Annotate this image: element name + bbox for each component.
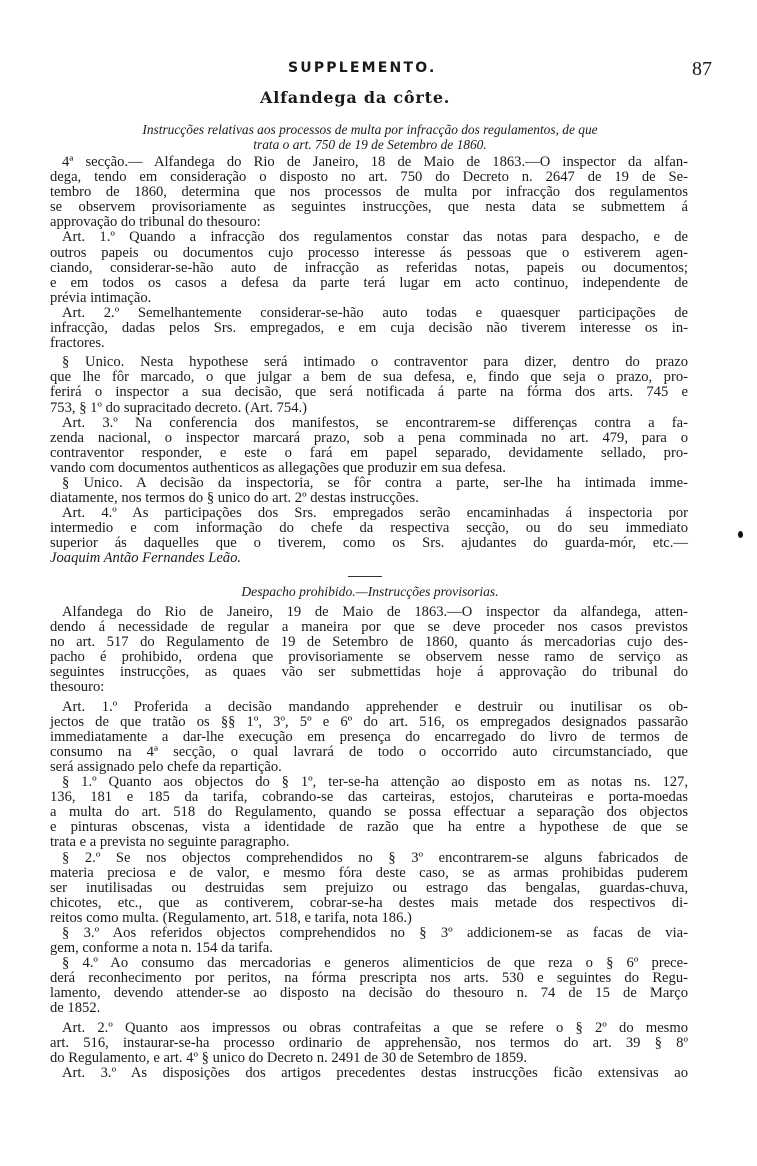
text-line: materia preciosa e de valor, e mesmo fór… [50,866,688,881]
text-line: do Regulamento, e art. 4º § unico do Dec… [50,1051,688,1066]
text-line: § Unico. Nesta hypothese será intimado o… [50,355,688,370]
text-line: 136, 181 e 185 da tarifa, cobrando-se da… [50,790,688,805]
ink-speck [738,531,743,538]
text-line: será assignado pelo chefe da repartição. [50,760,688,775]
text-line: jectos de que tratão os §§ 1º, 3º, 5º e … [50,715,688,730]
text-line: Art. 1.º Quando a infracção dos regulame… [50,230,688,245]
text-line: 753, § 1º do supracitado decreto. (Art. … [50,401,688,416]
text-line: Art. 3.º As disposições dos artigos prec… [50,1066,688,1081]
text-line: immediatamente a dar-lhe execução em pre… [50,730,688,745]
text-line: art. 516, instaurar-se-ha processo ordin… [50,1036,688,1051]
text-line: fractores. [50,336,688,351]
first-document-body: 4ª secção.— Alfandega do Rio de Janeiro,… [50,155,688,567]
text-line: de 1852. [50,1001,688,1016]
text-line: § 4.º Ao consumo das mercadorias e gener… [50,956,688,971]
text-line: reitos como multa. (Regulamento, art. 51… [50,911,688,926]
running-title: SUPPLEMENTO. [288,60,437,76]
text-line: dendo á necessidade de regular a maneira… [50,620,688,635]
text-line: Art. 3.º Na conferencia dos manifestos, … [50,416,688,431]
text-line: gem, conforme a nota n. 154 da tarifa. [50,941,688,956]
text-line: diatamente, nos termos do § unico do art… [50,491,688,506]
text-line: se observem provisoriamente as seguintes… [50,200,688,215]
text-line: lamento, devendo attender-se ao disposto… [50,986,688,1001]
text-line: Joaquim Antão Fernandes Leão. [50,551,688,566]
text-line: que lhe fôr marcado, o que julgar a bem … [50,370,688,385]
text-line: trata e a prevista no seguinte paragraph… [50,835,688,850]
text-line: § 2.º Se nos objectos comprehendidos no … [50,851,688,866]
text-line: zenda nacional, o inspector marcará praz… [50,431,688,446]
text-line: Art. 2.º Quanto aos impressos ou obras c… [50,1021,688,1036]
second-document-body: Alfandega do Rio de Janeiro, 19 de Maio … [50,605,688,1081]
text-line: Alfandega do Rio de Janeiro, 19 de Maio … [50,605,688,620]
text-line: approvação do tribunal do thesouro: [50,215,688,230]
text-line: Art. 1.º Proferida a decisão mandando ap… [50,700,688,715]
text-line: ser inutilisadas ou destruidas sem preju… [50,881,688,896]
text-line: ferirá o inspector a sua decisão, que se… [50,385,688,400]
text-line: Art. 4.º As participações dos Srs. empre… [50,506,688,521]
text-line: § 3.º Aos referidos objectos comprehendi… [50,926,688,941]
text-line: no art. 517 do Regulamento de 19 de Sete… [50,635,688,650]
text-line: outros papeis ou documentos cujo process… [50,246,688,261]
subtitle-line: Instrucções relativas aos processos de m… [50,122,690,137]
text-line: vando com documentos authenticos as alle… [50,461,688,476]
text-line: ciando, considerar-se-hão auto de infrac… [50,261,688,276]
page-number: 87 [692,58,712,81]
text-line: superior ás daquelles que o tiverem, com… [50,536,688,551]
text-line: infracção, dadas pelos Srs. empregados, … [50,321,688,336]
text-line: derá reconhecimento por peritos, na fórm… [50,971,688,986]
text-line: thesouro: [50,680,688,695]
section-divider [348,576,382,577]
text-line: pacho é prohibido, ordena que provisoria… [50,650,688,665]
section-title: Alfandega da côrte. [260,88,450,107]
text-line: contraventor responder, e este o fará em… [50,446,688,461]
text-line: seguintes instrucções, as quaes vão ser … [50,665,688,680]
text-line: intermedio e com informação do chefe da … [50,521,688,536]
text-line: 4ª secção.— Alfandega do Rio de Janeiro,… [50,155,688,170]
document-page: SUPPLEMENTO. 87 Alfandega da côrte. Inst… [0,0,757,1166]
text-line: consumo na 4ª secção, o qual lavrará de … [50,745,688,760]
text-line: Art. 2.º Semelhantemente considerar-se-h… [50,306,688,321]
subtitle-line: trata o art. 750 de 19 de Setembro de 18… [50,137,690,152]
second-document-title: Despacho prohibido.—Instrucções provisor… [50,584,690,600]
text-line: e em todos os casos a defesa da parte te… [50,276,688,291]
text-line: a multa do art. 518 do Regulamento, quan… [50,805,688,820]
running-head: SUPPLEMENTO. 87 [0,60,757,84]
section-subtitle: Instrucções relativas aos processos de m… [50,122,690,152]
text-line: e pinturas obscenas, vista a identidade … [50,820,688,835]
text-line: tembro de 1860, determina que nos proces… [50,185,688,200]
text-line: prévia intimação. [50,291,688,306]
text-line: dega, tendo em consideração o disposto n… [50,170,688,185]
text-line: chicotes, etc., que as contiverem, cobra… [50,896,688,911]
text-line: § 1.º Quanto aos objectos do § 1º, ter-s… [50,775,688,790]
text-line: § Unico. A decisão da inspectoria, se fô… [50,476,688,491]
